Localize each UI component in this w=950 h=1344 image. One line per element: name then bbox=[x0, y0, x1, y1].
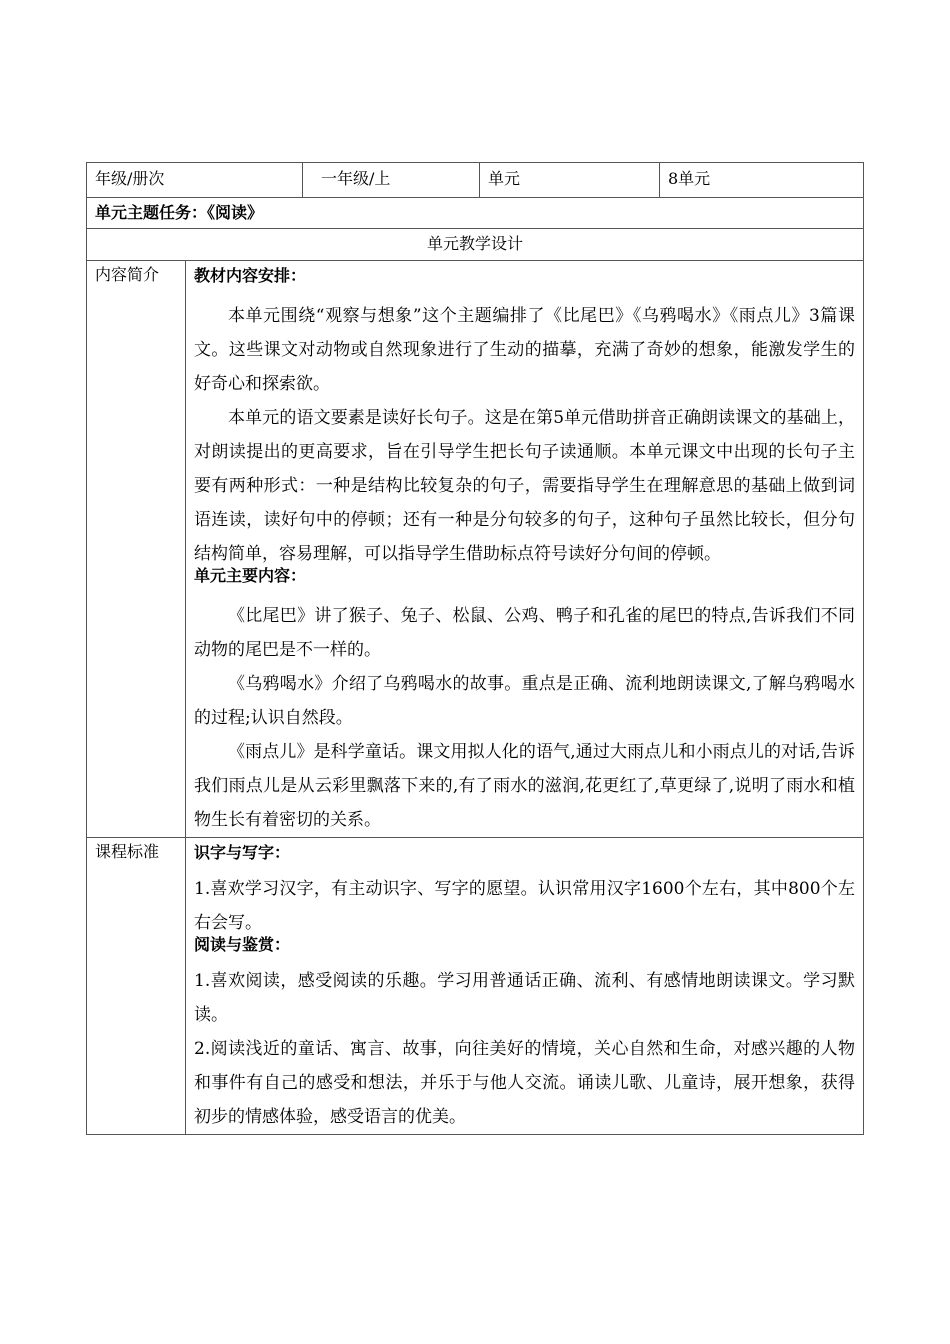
content-intro-row: 内容简介 教材内容安排： 本单元围绕“观察与想象”这个主题编排了《比尾巴》《乌鸦… bbox=[87, 261, 864, 838]
header-row: 年级/册次 一年级/上 单元 8单元 bbox=[87, 163, 864, 198]
paragraph: 《乌鸦喝水》介绍了乌鸦喝水的故事。重点是正确、流利地朗读课文,了解乌鸦喝水的过程… bbox=[194, 667, 855, 735]
section-heading: 教材内容安排： bbox=[194, 265, 855, 287]
curriculum-standard-row: 课程标准 识字与写字： 1.喜欢学习汉字，有主动识字、写字的愿望。认识常用汉字1… bbox=[87, 838, 864, 1135]
design-title: 单元教学设计 bbox=[87, 229, 864, 261]
curriculum-standard-label: 课程标准 bbox=[87, 838, 186, 1135]
standard-item: 2.阅读浅近的童话、寓言、故事，向往美好的情境，关心自然和生命，对感兴趣的人物和… bbox=[194, 1032, 855, 1134]
standard-item: 1.喜欢阅读，感受阅读的乐趣。学习用普通话正确、流利、有感情地朗读课文。学习默读… bbox=[194, 964, 855, 1032]
theme-row: 单元主题任务：《阅读》 bbox=[87, 198, 864, 229]
paragraph: 《比尾巴》讲了猴子、兔子、松鼠、公鸡、鸭子和孔雀的尾巴的特点,告诉我们不同动物的… bbox=[194, 599, 855, 667]
unit-label: 单元 bbox=[480, 163, 660, 198]
paragraph: 本单元围绕“观察与想象”这个主题编排了《比尾巴》《乌鸦喝水》《雨点儿》3篇课文。… bbox=[194, 299, 855, 401]
curriculum-standard-body: 识字与写字： 1.喜欢学习汉字，有主动识字、写字的愿望。认识常用汉字1600个左… bbox=[186, 838, 864, 1135]
lesson-plan-document: 年级/册次 一年级/上 单元 8单元 单元主题任务：《阅读》 单元教学设计 内容… bbox=[86, 162, 863, 1135]
standard-item: 1.喜欢学习汉字，有主动识字、写字的愿望。认识常用汉字1600个左右，其中800… bbox=[194, 872, 855, 940]
paragraph: 《雨点儿》是科学童话。课文用拟人化的语气,通过大雨点儿和小雨点儿的对话,告诉我们… bbox=[194, 735, 855, 837]
grade-label: 年级/册次 bbox=[87, 163, 303, 198]
content-intro-body: 教材内容安排： 本单元围绕“观察与想象”这个主题编排了《比尾巴》《乌鸦喝水》《雨… bbox=[186, 261, 864, 838]
design-title-row: 单元教学设计 bbox=[87, 229, 864, 261]
unit-value: 8单元 bbox=[660, 163, 864, 198]
section-heading: 识字与写字： bbox=[194, 842, 855, 864]
section-heading: 阅读与鉴赏： bbox=[194, 934, 855, 956]
theme-task: 单元主题任务：《阅读》 bbox=[87, 198, 864, 229]
unit-design-table: 年级/册次 一年级/上 单元 8单元 单元主题任务：《阅读》 单元教学设计 内容… bbox=[86, 162, 864, 1135]
grade-value: 一年级/上 bbox=[303, 163, 480, 198]
content-intro-label: 内容简介 bbox=[87, 261, 186, 838]
paragraph: 本单元的语文要素是读好长句子。这是在第5单元借助拼音正确朗读课文的基础上，对朗读… bbox=[194, 401, 855, 571]
